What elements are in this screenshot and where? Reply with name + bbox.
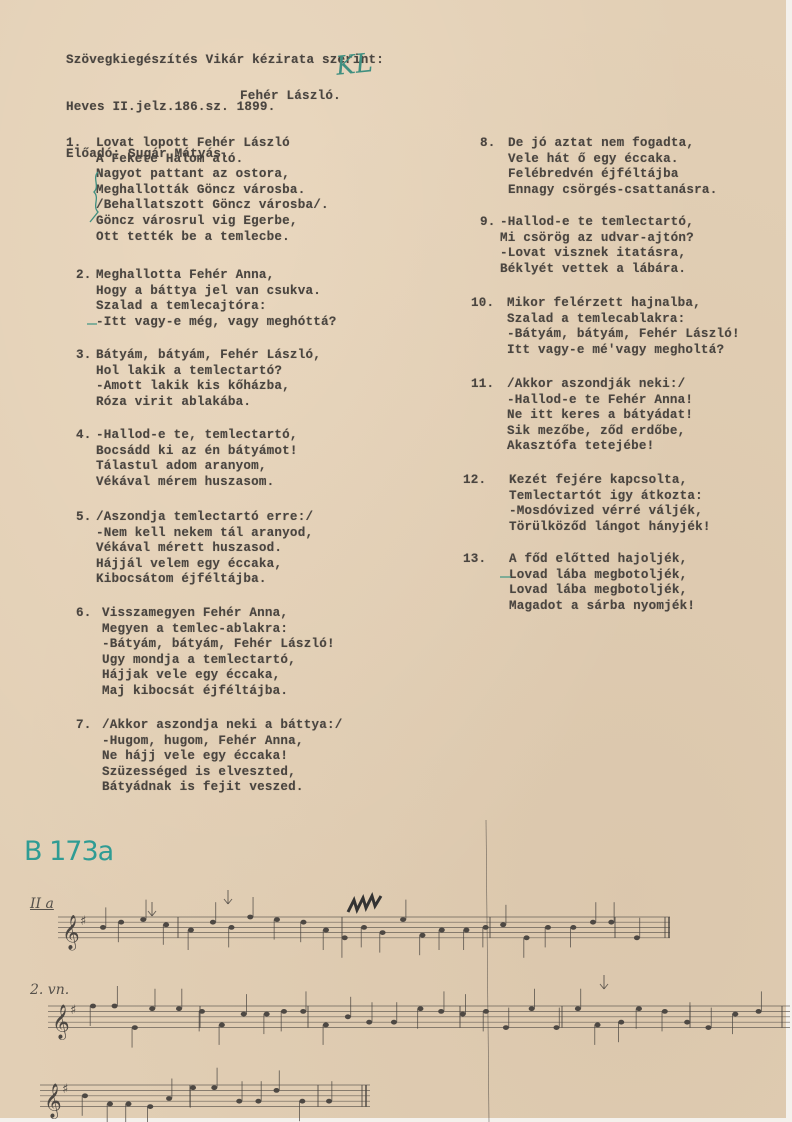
svg-text:♯: ♯ <box>62 1082 68 1097</box>
svg-text:♯: ♯ <box>80 914 86 929</box>
svg-text:𝄞: 𝄞 <box>52 1005 70 1041</box>
document-page: Szövegkiegészítés Vikár kézirata szerint… <box>0 0 786 1118</box>
svg-text:♯: ♯ <box>70 1003 76 1018</box>
music-notation: 𝄞♯𝄞♯𝄞♯ <box>0 0 792 1122</box>
svg-text:𝄞: 𝄞 <box>44 1084 62 1120</box>
svg-text:𝄞: 𝄞 <box>62 915 80 951</box>
